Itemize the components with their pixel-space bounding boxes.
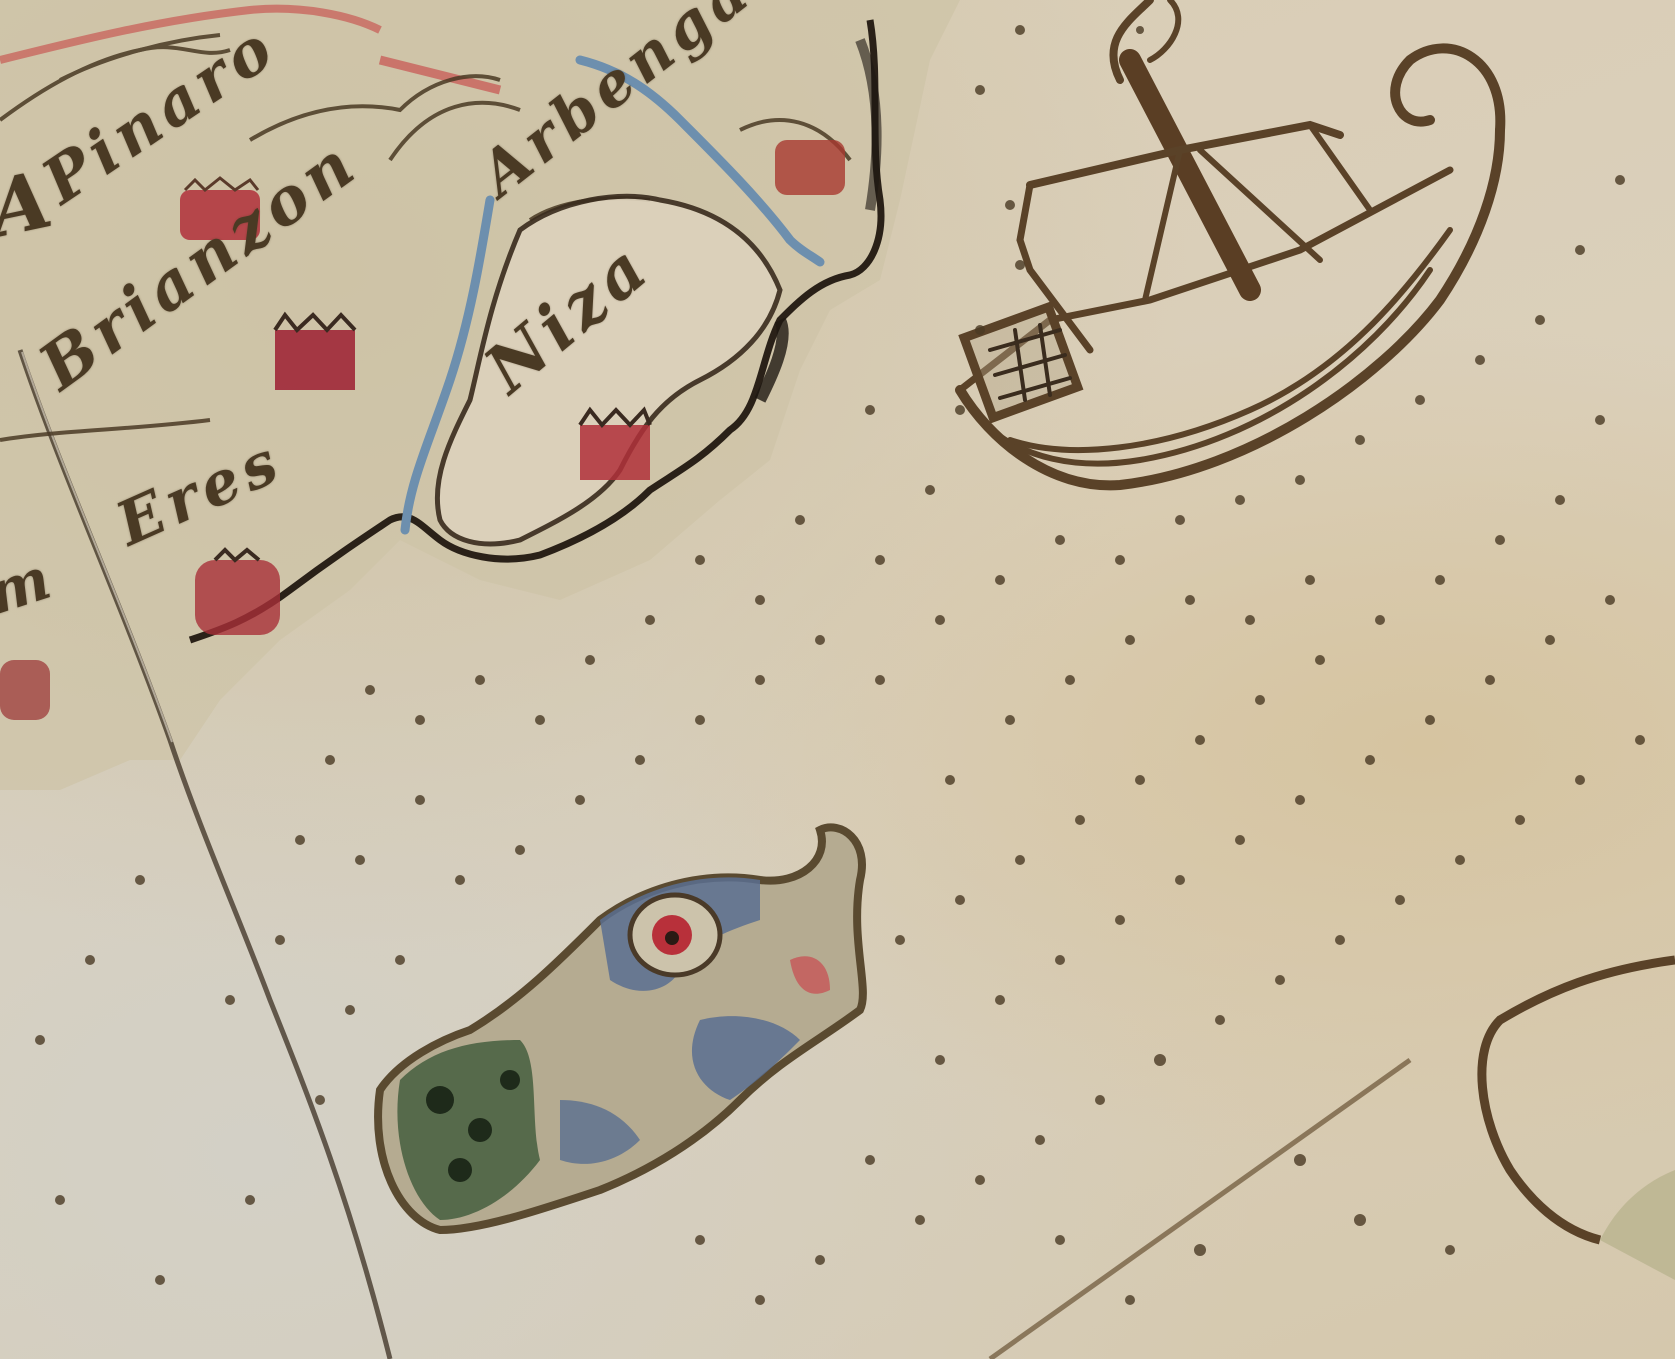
manuscript-map: A Pinaro Brianzon Arbenga Niza Eres m [0,0,1675,1359]
rhumb-line [990,1060,1410,1359]
city-marker-eres [195,550,280,635]
city-marker-west [0,660,50,720]
sea-creature-drawing [378,827,863,1230]
city-marker-arbenga [775,140,845,195]
ship-drawing [960,0,1500,485]
